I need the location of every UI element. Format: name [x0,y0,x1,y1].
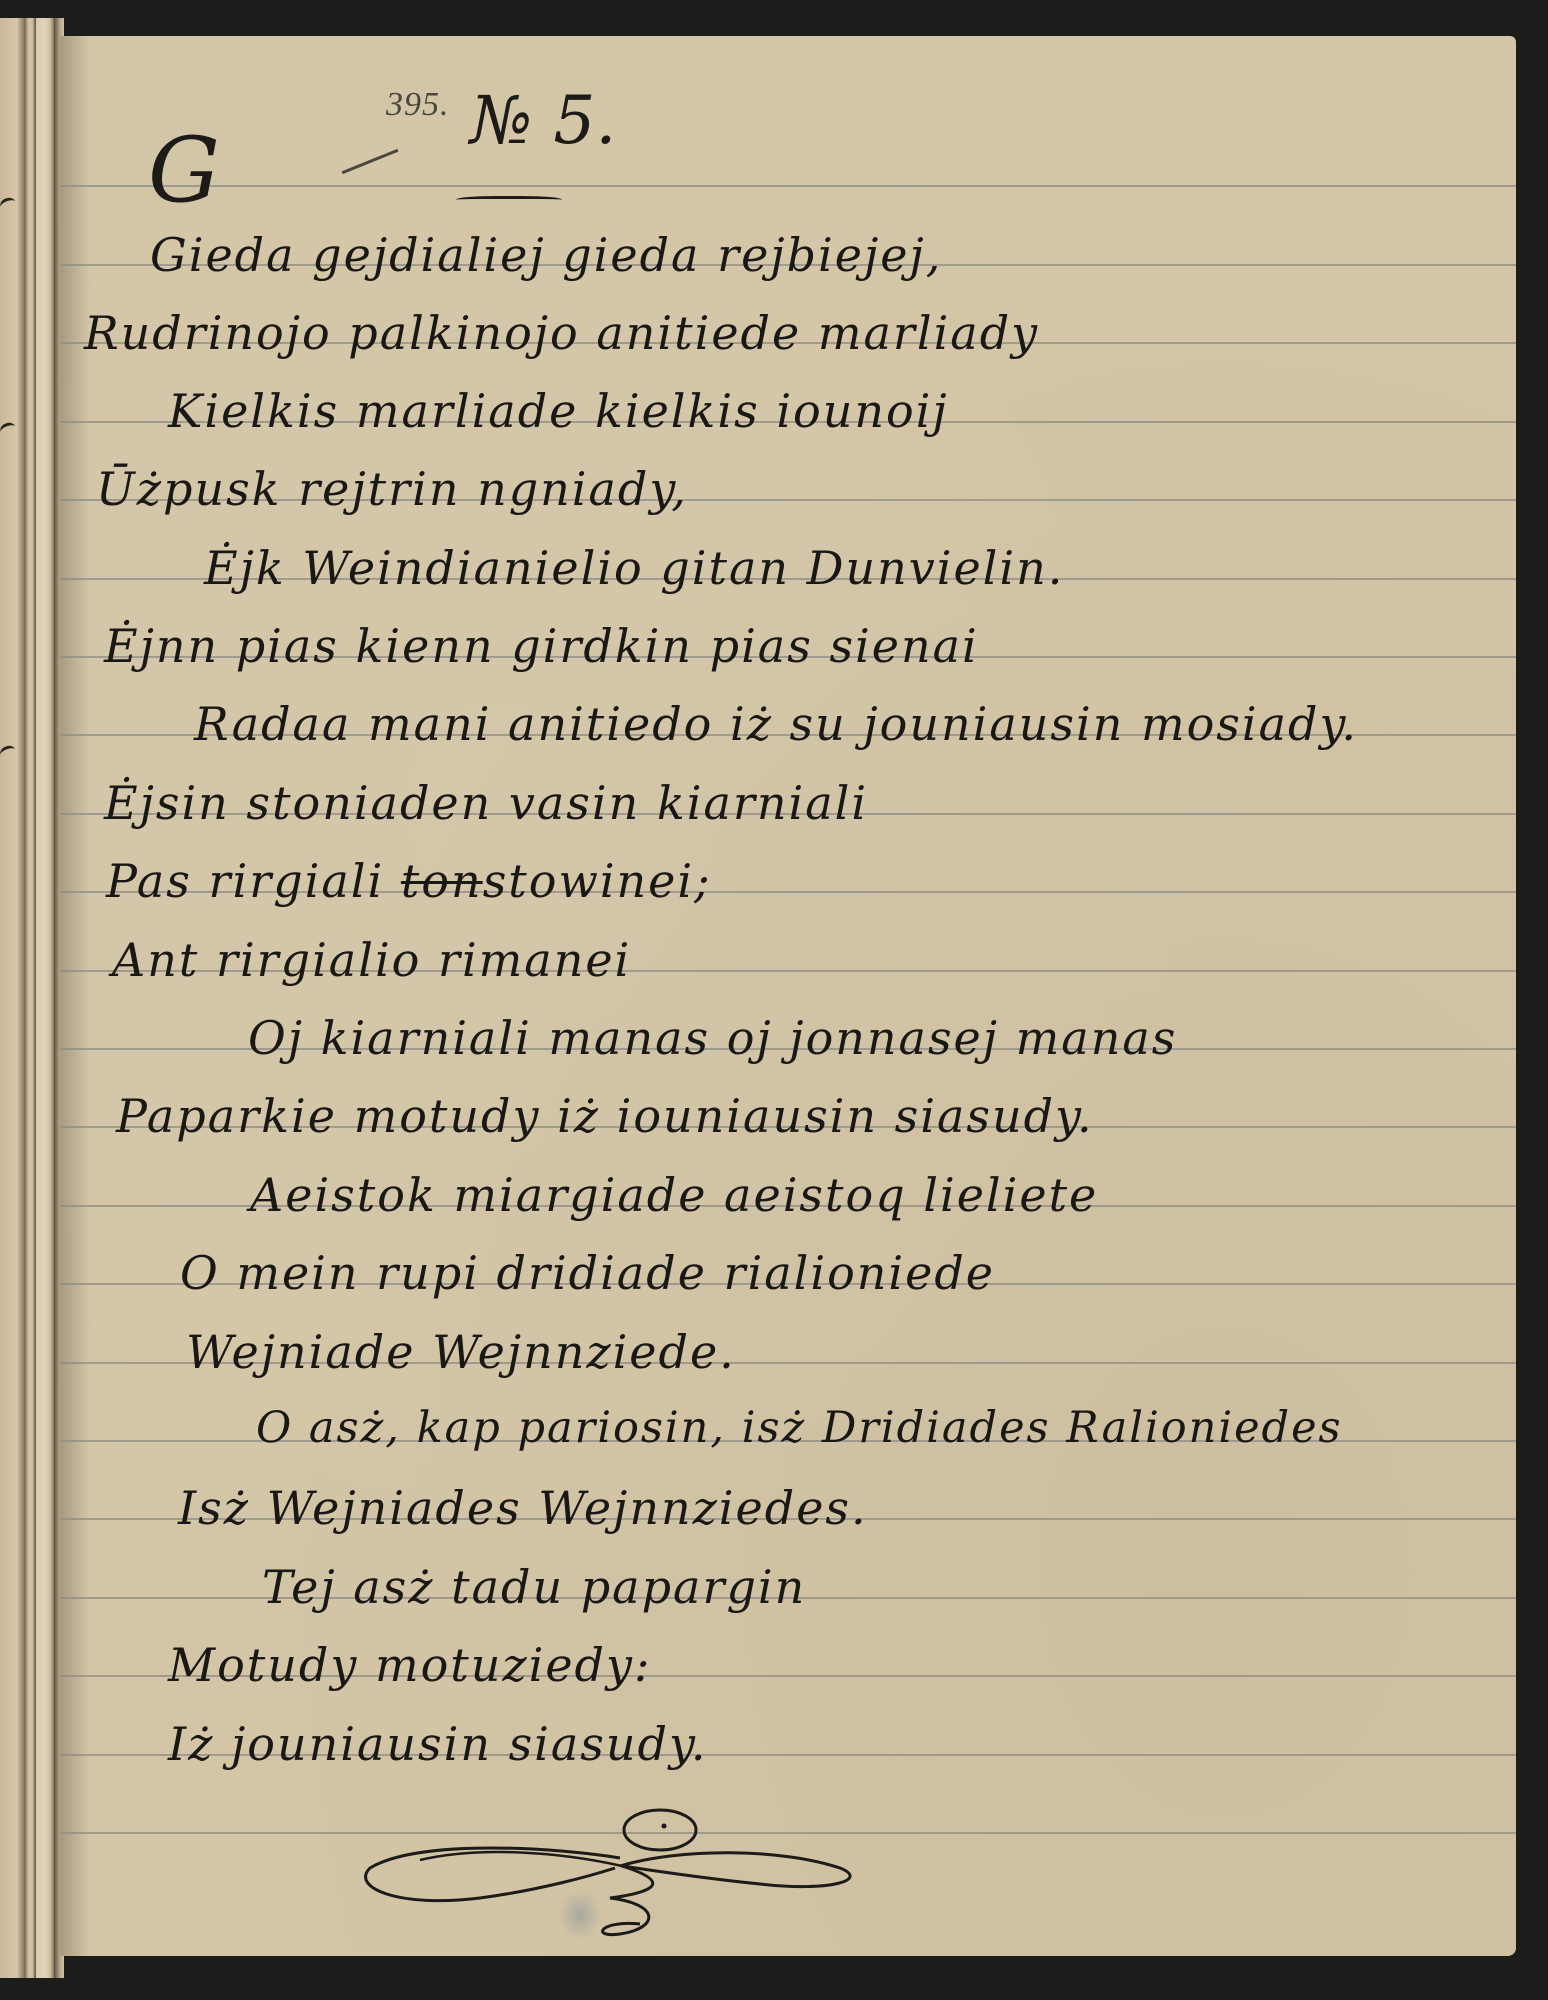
crossed-out-word: ton [401,854,483,908]
text-line-5: Ėjk Weindianielio gitan Dunvielin. [204,545,1064,591]
text-line-17: Isż Wejniades Wejnnziedes. [178,1485,868,1531]
manuscript-scan: 395. № 5. G Gieda gejdialiej gieda rejbi… [0,0,1548,2000]
text-line-19: Motudy motuziedy: [168,1642,652,1688]
text-line-6: Ėjnn pias kienn girdkin pias sienai [104,623,979,669]
poem-number-heading: № 5. [470,82,616,159]
text-line-20: Iż jouniausin siasudy. [168,1721,708,1767]
previous-page-edge [0,18,24,1978]
text-line-3: Kielkis marliade kielkis iounoij [168,388,949,434]
initial-flourish: G [148,126,220,216]
previous-page-ink-mark [0,421,18,439]
text-line-2: Rudrinojo palkinojo anitiede marliady [84,310,1039,356]
binding-gutter [24,18,36,1978]
ruled-line [60,185,1516,187]
ink-smudge [560,1890,600,1940]
archive-page-number: 395. [386,86,450,124]
heading-underline [456,196,562,205]
text-line-9: Pas rirgiali tonstowinei; [106,858,712,904]
binding-gutter [36,18,54,1978]
text-line-11: Oj kiarniali manas oj jonnasej manas [248,1015,1177,1061]
text-line-16: O asż, kap pariosin, isż Dridiades Ralio… [256,1407,1343,1450]
text-line-9-end: stowinei; [483,854,712,908]
previous-page-ink-mark [0,196,18,214]
text-line-12: Paparkie motudy iż iouniausin siasudy. [116,1093,1094,1139]
previous-page-ink-mark [0,744,18,762]
text-line-10: Ant rirgialio rimanei [112,937,631,983]
text-line-7: Radaa mani anitiedo iż su jouniausin mos… [194,701,1358,747]
closing-flourish-ornament [360,1808,880,1948]
text-line-15: Wejniade Wejnnziede. [186,1329,736,1375]
text-line-8: Ėjsin stoniaden vasin kiarniali [104,780,868,826]
text-line-9-start: Pas rirgiali [106,854,384,908]
text-line-18: Tej asż tadu papargin [262,1564,806,1610]
text-line-4: Ūżpusk rejtrin ngniady, [96,466,688,512]
text-line-13: Aeistok miargiade aeistoq lieliete [250,1172,1098,1218]
text-line-1: Gieda gejdialiej gieda rejbiejej, [150,232,942,278]
text-line-14: O mein rupi dridiade rialioniede [180,1250,995,1296]
